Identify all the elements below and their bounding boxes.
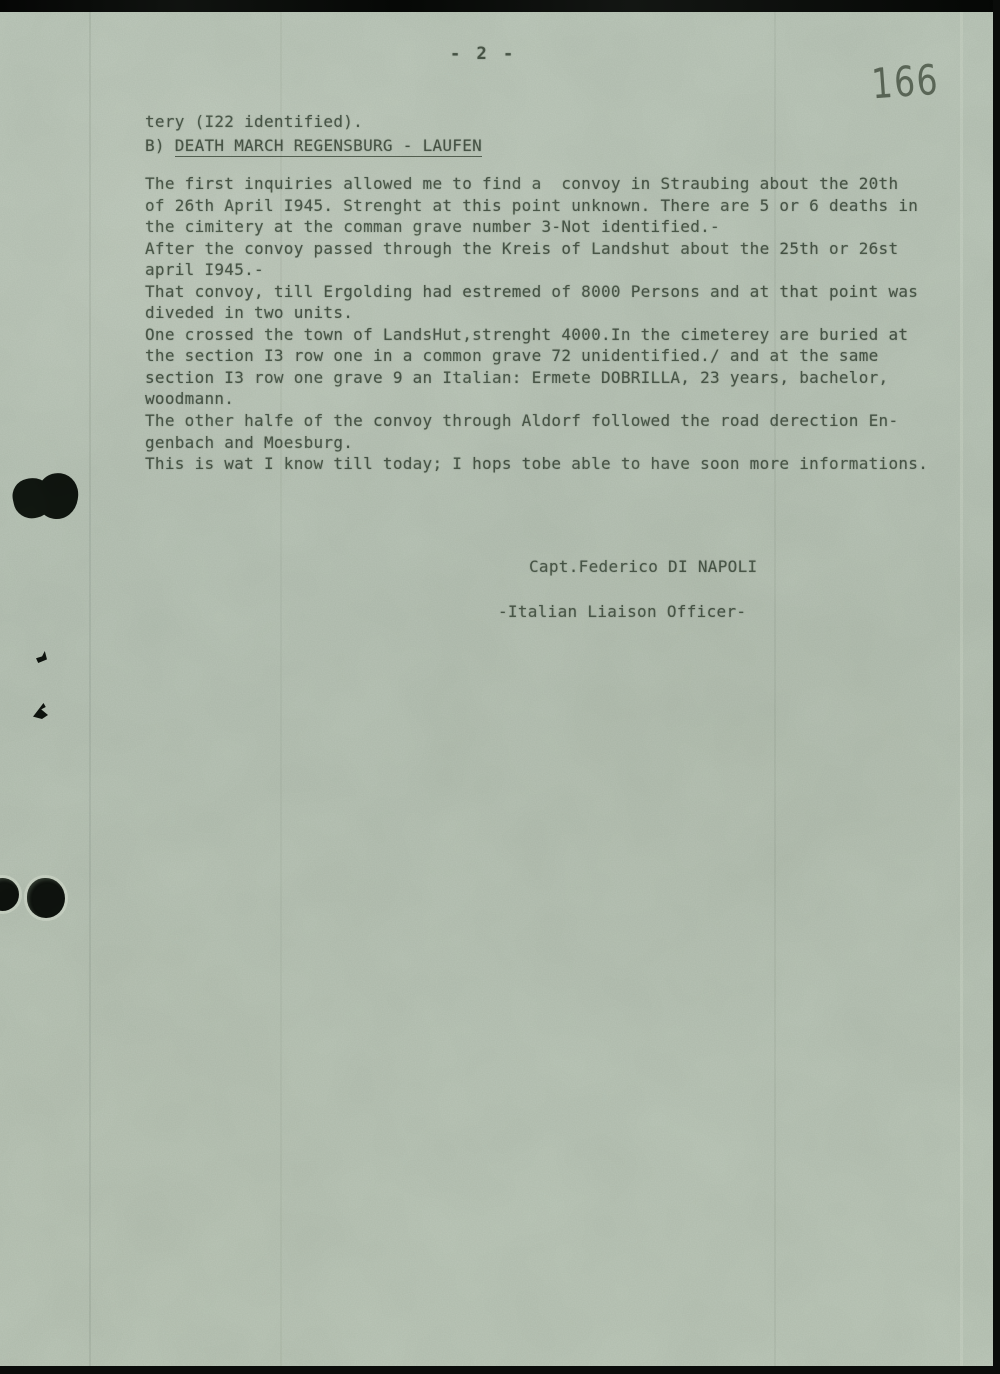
scan-border-top [0, 0, 1000, 12]
fold-line [89, 11, 91, 1367]
body-line: diveded in two units. [145, 302, 928, 324]
body-line: That convoy, till Ergolding had estremed… [145, 281, 928, 303]
punch-hole [27, 878, 65, 918]
ink-blot [9, 474, 56, 521]
ink-speck [33, 703, 48, 719]
body-line: genbach and Moesburg. [145, 432, 928, 454]
body-line: the cimitery at the comman grave number … [145, 216, 928, 238]
signature-name: Capt.Federico DI NAPOLI [529, 557, 757, 576]
body-line: The other halfe of the convoy through Al… [145, 410, 928, 432]
body-line: april I945.- [145, 259, 928, 281]
ink-blot [33, 470, 81, 521]
heading-title: DEATH MARCH REGENSBURG - LAUFEN [175, 136, 482, 157]
body-line: woodmann. [145, 388, 928, 410]
intro-block: tery (I22 identified). B) DEATH MARCH RE… [145, 110, 482, 157]
scanned-document-page: - 2 - 166 tery (I22 identified). B) DEAT… [0, 0, 1000, 1374]
scanner-streak [960, 11, 963, 1367]
heading-prefix: B) [145, 136, 175, 155]
body-line: One crossed the town of LandsHut,strengh… [145, 324, 928, 346]
body-line: the section I3 row one in a common grave… [145, 345, 928, 367]
body-line: The first inquiries allowed me to find a… [145, 173, 928, 195]
signature-title: -Italian Liaison Officer- [498, 602, 746, 621]
scan-border-bottom [0, 1366, 1000, 1374]
body-line: This is wat I know till today; I hops to… [145, 453, 928, 475]
page-number: - 2 - [450, 44, 516, 64]
punch-hole [0, 878, 19, 911]
body-line: After the convoy passed through the Krei… [145, 238, 928, 260]
ink-speck [36, 651, 47, 663]
scan-border-right [993, 0, 1000, 1374]
section-heading: B) DEATH MARCH REGENSBURG - LAUFEN [145, 134, 482, 158]
paper-sheet: - 2 - 166 tery (I22 identified). B) DEAT… [0, 11, 994, 1367]
body-line: of 26th April I945. Strenght at this poi… [145, 195, 928, 217]
body-line: section I3 row one grave 9 an Italian: E… [145, 367, 928, 389]
continuation-line: tery (I22 identified). [145, 110, 482, 134]
body-paragraph: The first inquiries allowed me to find a… [145, 173, 928, 475]
handwritten-folio-number: 166 [870, 56, 941, 108]
